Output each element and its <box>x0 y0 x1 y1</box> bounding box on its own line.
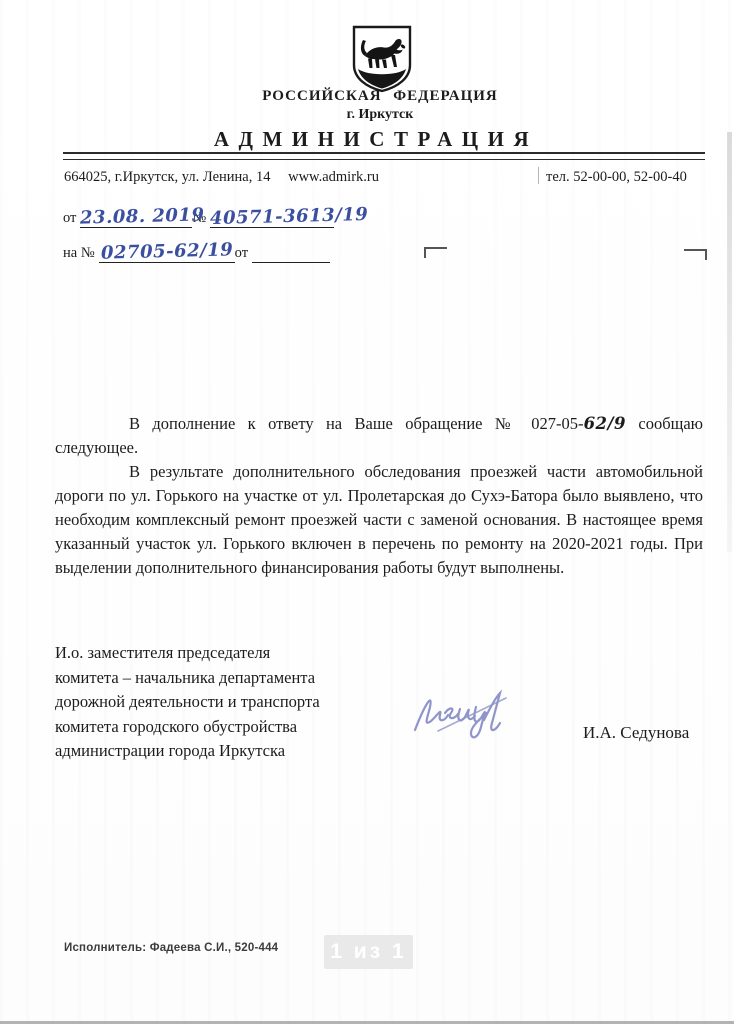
outgoing-number-field: 40571-3613/19 <box>210 206 334 228</box>
incoming-date-field <box>252 245 330 263</box>
outgoing-reference-row: от 23.08. 2019 № 40571-3613/19 <box>63 200 334 228</box>
signatory-title-line: дорожной деятельности и транспорта <box>55 690 395 715</box>
incoming-number-field: 02705-62/19 <box>99 241 235 263</box>
addressee-corner-mark-right <box>684 249 707 260</box>
paragraph-2: В результате дополнительного обследовани… <box>55 460 703 580</box>
handwritten-number: 40571-3613/19 <box>210 204 369 229</box>
city-title: г. Иркутск <box>13 107 734 123</box>
organization-title: АДМИНИСТРАЦИЯ <box>9 127 734 152</box>
handwritten-date: 23.08. 2019 <box>80 204 205 228</box>
website-text: www.admirk.ru <box>288 169 379 185</box>
postal-address: 664025, г.Иркутск, ул. Ленина, 14 <box>64 169 270 185</box>
executor-line: Исполнитель: Фадеева С.И., 520-444 <box>64 942 278 954</box>
header-double-rule <box>63 152 705 160</box>
reference-block: от 23.08. 2019 № 40571-3613/19 на № 0270… <box>63 200 334 270</box>
incoming-reference-row: на № 02705-62/19 от <box>63 235 334 263</box>
signatory-title-line: администрации города Иркутска <box>55 739 395 764</box>
handwritten-reply-number: 02705-62/19 <box>100 239 233 263</box>
addressee-corner-mark-left <box>424 247 447 258</box>
scanned-letter-page: РОССИЙСКАЯ ФЕДЕРАЦИЯ г. Иркутск АДМИНИСТ… <box>0 0 734 1024</box>
address-line: 664025, г.Иркутск, ул. Ленина, 14 www.ad… <box>64 169 379 186</box>
signatory-title-line: комитета – начальника департамента <box>55 666 395 691</box>
viewer-page-indicator: 1 из 1 <box>324 935 413 969</box>
outgoing-date-field: 23.08. 2019 <box>80 206 192 228</box>
phone-line: тел. 52-00-00, 52-00-40 <box>546 169 687 186</box>
signatory-title-line: комитета городского обустройства <box>55 715 395 740</box>
handwritten-case-number: 62/9 <box>584 414 626 433</box>
country-title: РОССИЙСКАЯ ФЕДЕРАЦИЯ <box>13 88 734 105</box>
letter-body: В дополнение к ответу на Ваше обращение … <box>55 412 703 580</box>
irkutsk-coat-of-arms-icon <box>350 23 414 95</box>
scan-streak <box>727 132 732 552</box>
signatory-title-block: И.о. заместителя председателя комитета –… <box>55 641 395 764</box>
reply-label: на № <box>63 245 99 263</box>
signatory-name: И.А. Седунова <box>583 723 689 743</box>
handwritten-signature <box>410 682 522 754</box>
from-label: от <box>63 210 80 228</box>
reply-date-label: от <box>235 245 252 263</box>
signatory-title-line: И.о. заместителя председателя <box>55 641 395 666</box>
paragraph-1: В дополнение к ответу на Ваше обращение … <box>55 412 703 460</box>
contact-divider-tick <box>538 167 539 184</box>
